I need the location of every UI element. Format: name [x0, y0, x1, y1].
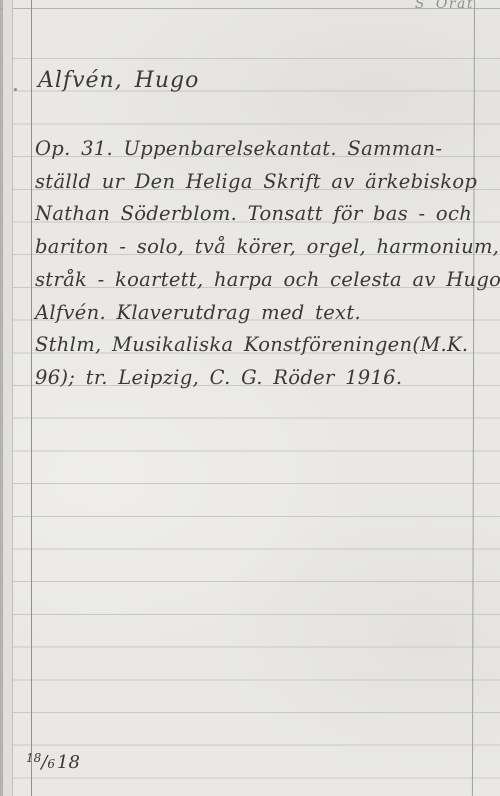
entry-line: 96); tr. Leipzig, C. G. Röder 1916.	[35, 362, 473, 395]
scanned-catalog-card: S Orat Alfvén, Hugo Op. 31. Uppenbarelse…	[0, 0, 500, 796]
margin-dot	[14, 88, 17, 91]
entry-line: ställd ur Den Heliga Skrift av ärkebisko…	[35, 166, 473, 199]
entry-line: Alfvén. Klaverutdrag med text.	[35, 297, 473, 330]
catalog-entry: Op. 31. Uppenbarelsekantat. Samman- stäl…	[35, 133, 473, 395]
entry-line: Sthlm, Musikaliska Konstföreningen(M.K.	[35, 329, 473, 362]
date-note-year: 18	[57, 752, 80, 773]
left-margin-line	[31, 0, 32, 796]
pencil-shelfmark: S Orat	[415, 0, 474, 12]
date-note-day: 18	[26, 751, 41, 765]
date-note-month: 6	[47, 757, 55, 771]
author-heading: Alfvén, Hugo	[38, 68, 199, 93]
left-paper-strip	[3, 0, 13, 796]
entry-line: stråk - koartett, harpa och celesta av H…	[35, 264, 473, 297]
entry-line: Op. 31. Uppenbarelsekantat. Samman-	[35, 133, 473, 166]
entry-line: bariton - solo, två körer, orgel, harmon…	[35, 231, 473, 264]
date-note: 18/618	[26, 751, 80, 773]
entry-line: Nathan Söderblom. Tonsatt för bas - och	[35, 198, 473, 231]
